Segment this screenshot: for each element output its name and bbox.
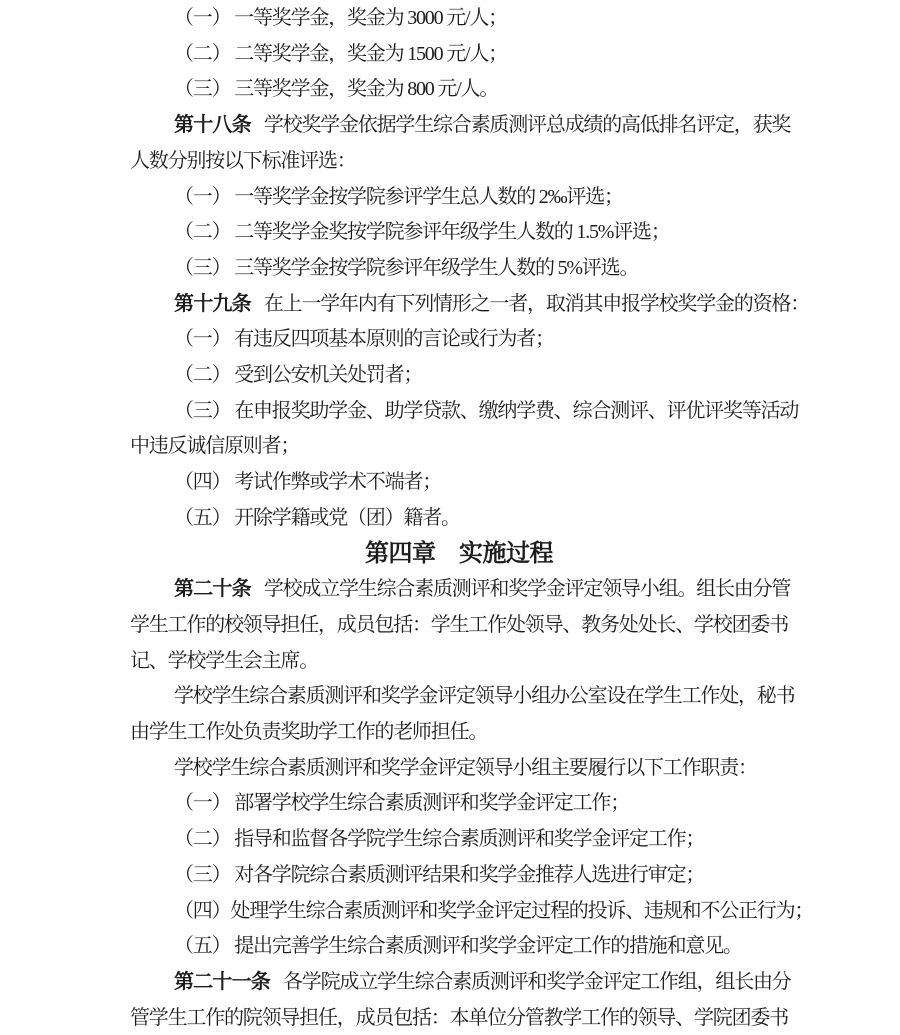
list-item: （二） 指导和监督各学院学生综合素质测评和奖学金评定工作； xyxy=(130,822,820,858)
chapter-heading: 第四章 实施过程 xyxy=(130,537,788,573)
paragraph-text: 在上一学年内有下列情形之一者，取消其申报学校奖学金的资格： xyxy=(264,293,809,315)
list-item: （三） 对各学院综合素质测评结果和奖学金推荐人选进行审定； xyxy=(130,858,820,894)
clause-number: 第二十条 xyxy=(174,578,251,600)
paragraph-text: （一） 部署学校学生综合素质测评和奖学金评定工作； xyxy=(174,792,629,814)
paragraph-text: 学校学生综合素质测评和奖学金评定领导小组办公室设在学生工作处，秘书 由学生工作处… xyxy=(130,685,794,743)
list-item: （三） 在申报奖助学金、助学贷款、缴纳学费、综合测评、评优评奖等活动 中违反诚信… xyxy=(130,394,820,465)
list-item: （二） 二等奖学金奖按学院参评年级学生人数的 1.5%评选； xyxy=(130,215,820,251)
paragraph-text: （一） 一等奖学金，奖金为 3000 元/人； xyxy=(174,7,507,29)
paragraph-text: 第四章 实施过程 xyxy=(365,541,553,567)
list-item: （一） 有违反四项基本原则的言论或行为者； xyxy=(130,322,820,358)
clause-paragraph: 第二十一条各学院成立学生综合素质测评和奖学金评定工作组，组长由分 管学生工作的院… xyxy=(130,965,820,1035)
paragraph-text: （四） 考试作弊或学术不端者； xyxy=(174,471,441,493)
paragraph-text: （二） 二等奖学金奖按学院参评年级学生人数的 1.5%评选； xyxy=(174,221,670,243)
paragraph-text: （三） 三等奖学金，奖金为 800 元/人。 xyxy=(174,78,498,100)
list-item: （四）处理学生综合素质测评和奖学金评定过程的投诉、违规和不公正行为； xyxy=(130,894,820,930)
list-item: （二） 受到公安机关处罚者； xyxy=(130,358,820,394)
list-item: （三） 三等奖学金，奖金为 800 元/人。 xyxy=(130,72,820,108)
clause-number: 第十八条 xyxy=(174,114,251,136)
clause-paragraph: 第十九条在上一学年内有下列情形之一者，取消其申报学校奖学金的资格： xyxy=(130,287,820,323)
paragraph-text: （三） 对各学院综合素质测评结果和奖学金推荐人选进行审定； xyxy=(174,864,704,886)
list-item: （一） 部署学校学生综合素质测评和奖学金评定工作； xyxy=(130,786,820,822)
document-page: （一） 一等奖学金，奖金为 3000 元/人；（二） 二等奖学金，奖金为 150… xyxy=(0,0,900,1035)
list-item: （四） 考试作弊或学术不端者； xyxy=(130,465,820,501)
paragraph-text: （三） 在申报奖助学金、助学贷款、缴纳学费、综合测评、评优评奖等活动 中违反诚信… xyxy=(130,400,798,458)
document-body: （一） 一等奖学金，奖金为 3000 元/人；（二） 二等奖学金，奖金为 150… xyxy=(130,1,820,1035)
list-item: （五） 提出完善学生综合素质测评和奖学金评定工作的措施和意见。 xyxy=(130,929,820,965)
body-paragraph: 学校学生综合素质测评和奖学金评定领导小组办公室设在学生工作处，秘书 由学生工作处… xyxy=(130,679,820,750)
paragraph-text: （二） 二等奖学金，奖金为 1500 元/人； xyxy=(174,43,507,65)
paragraph-text: （五） 提出完善学生综合素质测评和奖学金评定工作的措施和意见。 xyxy=(174,935,742,957)
body-paragraph: 学校学生综合素质测评和奖学金评定领导小组主要履行以下工作职责： xyxy=(130,751,820,787)
clause-paragraph: 第十八条学校奖学金依据学生综合素质测评总成绩的高低排名评定，获奖 人数分别按以下… xyxy=(130,108,820,179)
paragraph-text: （二） 受到公安机关处罚者； xyxy=(174,364,422,386)
list-item: （一） 一等奖学金按学院参评学生总人数的 2‰评选； xyxy=(130,180,820,216)
clause-number: 第十九条 xyxy=(174,293,251,315)
paragraph-text: （二） 指导和监督各学院学生综合素质测评和奖学金评定工作； xyxy=(174,828,704,850)
paragraph-text: （五） 开除学籍或党（团）籍者。 xyxy=(174,507,460,529)
paragraph-text: （四）处理学生综合素质测评和奖学金评定过程的投诉、违规和不公正行为； xyxy=(174,900,813,922)
list-item: （三） 三等奖学金按学院参评年级学生人数的 5%评选。 xyxy=(130,251,820,287)
paragraph-text: 学校学生综合素质测评和奖学金评定领导小组主要履行以下工作职责： xyxy=(174,757,757,779)
list-item: （二） 二等奖学金，奖金为 1500 元/人； xyxy=(130,37,820,73)
list-item: （一） 一等奖学金，奖金为 3000 元/人； xyxy=(130,1,820,37)
clause-paragraph: 第二十条学校成立学生综合素质测评和奖学金评定领导小组。组长由分管 学生工作的校领… xyxy=(130,572,820,679)
list-item: （五） 开除学籍或党（团）籍者。 xyxy=(130,501,820,537)
clause-number: 第二十一条 xyxy=(174,971,270,993)
paragraph-text: （一） 一等奖学金按学院参评学生总人数的 2‰评选； xyxy=(174,186,623,208)
paragraph-text: （一） 有违反四项基本原则的言论或行为者； xyxy=(174,328,554,350)
paragraph-text: （三） 三等奖学金按学院参评年级学生人数的 5%评选。 xyxy=(174,257,638,279)
